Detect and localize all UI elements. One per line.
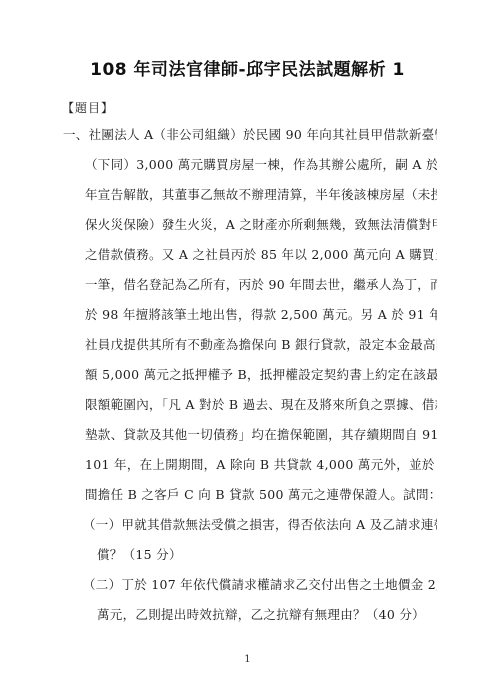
body-line-subitem-2: （二）丁於 107 年依代償請求權請求乙交付出售之土地價金 2,500 bbox=[63, 570, 437, 600]
body-line-subitem-1: （一）甲就其借款無法受償之損害，得否依法向 A 及乙請求連帶賠 bbox=[63, 510, 437, 540]
body-line: 限額範圍內，「凡 A 對於 B 過去、現在及將來所負之票據、借款、 bbox=[63, 390, 437, 420]
body-line: 一、社團法人 A（非公司組織）於民國 90 年向其社員甲借款新臺幣 bbox=[63, 120, 437, 150]
page-number: 1 bbox=[0, 653, 495, 665]
body-line: 於 98 年擅將該筆土地出售，得款 2,500 萬元。另 A 於 91 年間由 bbox=[63, 300, 437, 330]
body-line: 101 年，在上開期間，A 除向 B 共貸款 4,000 萬元外，並於 95 年 bbox=[63, 450, 437, 480]
body-line: 年宣告解散，其董事乙無故不辦理清算，半年後該棟房屋（未投 bbox=[63, 180, 437, 210]
body-line: （下同）3,000 萬元購買房屋一棟，作為其辦公處所，嗣 A 於 102 bbox=[63, 150, 437, 180]
section-label-question: 【題目】 bbox=[62, 99, 114, 116]
body-line: 之借款債務。又 A 之社員丙於 85 年以 2,000 萬元向 A 購買土地 bbox=[63, 240, 437, 270]
document-page: 108 年司法官律師-邱宇民法試題解析 1 【題目】 一、社團法人 A（非公司組… bbox=[0, 0, 495, 700]
body-line: 萬元，乙則提出時效抗辯，乙之抗辯有無理由？（40 分） bbox=[63, 600, 437, 630]
page-title: 108 年司法官律師-邱宇民法試題解析 1 bbox=[0, 55, 495, 80]
body-line: 社員戊提供其所有不動產為擔保向 B 銀行貸款，設定本金最高限 bbox=[63, 330, 437, 360]
body-line: 間擔任 B 之客戶 C 向 B 貸款 500 萬元之連帶保證人。試問： bbox=[63, 480, 437, 510]
question-body: 一、社團法人 A（非公司組織）於民國 90 年向其社員甲借款新臺幣 （下同）3,… bbox=[63, 120, 437, 630]
body-line: 保火災保險）發生火災，A 之財產亦所剩無幾，致無法清償對甲 bbox=[63, 210, 437, 240]
body-line: 墊款、貸款及其他一切債務」均在擔保範圍，其存續期間自 91 至 bbox=[63, 420, 437, 450]
body-line: 償？（15 分） bbox=[63, 540, 437, 570]
body-line: 額 5,000 萬元之抵押權予 B，抵押權設定契約書上約定在該最高 bbox=[63, 360, 437, 390]
body-line: 一筆，借名登記為乙所有，丙於 90 年間去世，繼承人為丁，而乙 bbox=[63, 270, 437, 300]
